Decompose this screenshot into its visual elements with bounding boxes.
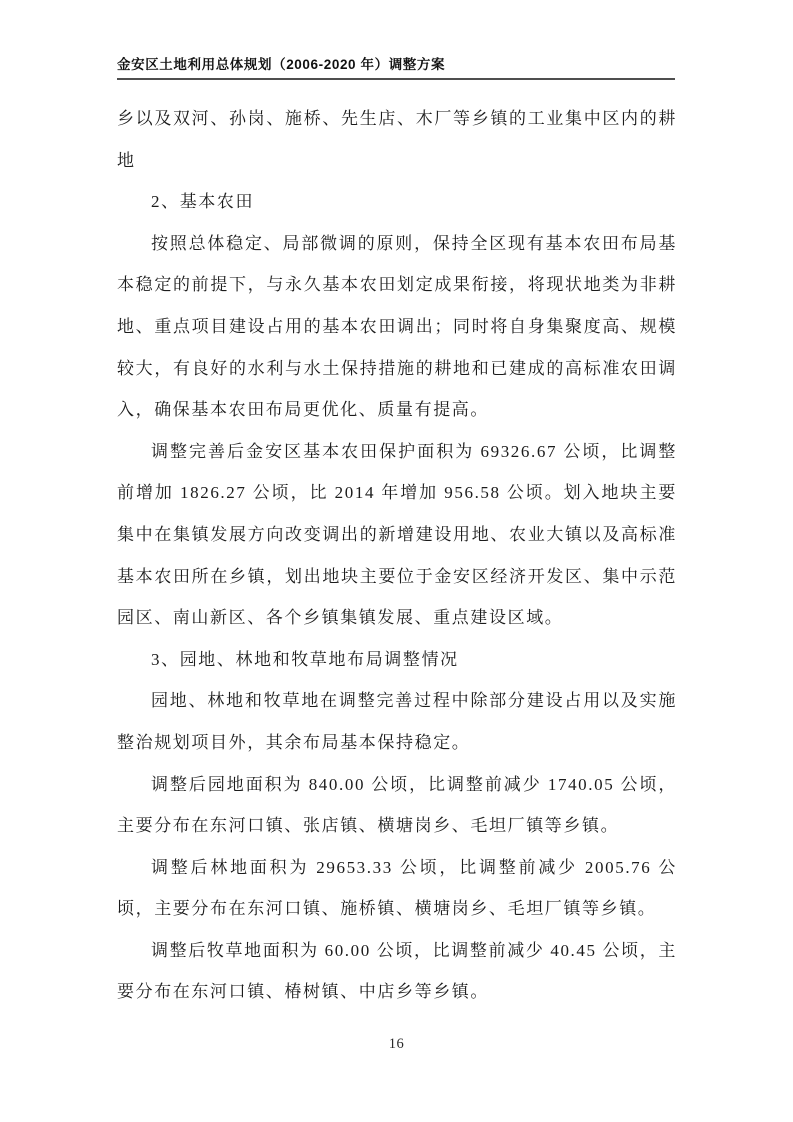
document-body: 乡以及双河、孙岗、施桥、先生店、木厂等乡镇的工业集中区内的耕地 2、基本农田 按… (117, 98, 677, 1013)
document-page: 金安区土地利用总体规划（2006-2020 年）调整方案 乡以及双河、孙岗、施桥… (0, 0, 793, 1122)
paragraph-basic-farmland-principle: 按照总体稳定、局部微调的原则，保持全区现有基本农田布局基本稳定的前提下，与永久基… (117, 223, 677, 431)
paragraph-garden-forest-grassland-overview: 园地、林地和牧草地在调整完善过程中除部分建设占用以及实施整治规划项目外，其余布局… (117, 680, 677, 763)
document-header: 金安区土地利用总体规划（2006-2020 年）调整方案 (117, 53, 675, 80)
paragraph-forest-land-area: 调整后林地面积为 29653.33 公顷，比调整前减少 2005.76 公顷，主… (117, 847, 677, 930)
page-number: 16 (389, 1036, 405, 1052)
section-heading-garden-forest-grassland: 3、园地、林地和牧草地布局调整情况 (117, 639, 677, 681)
document-footer: 16 (0, 1036, 793, 1053)
paragraph-garden-land-area: 调整后园地面积为 840.00 公顷，比调整前减少 1740.05 公顷，主要分… (117, 764, 677, 847)
section-heading-basic-farmland: 2、基本农田 (117, 181, 677, 223)
paragraph-basic-farmland-area: 调整完善后金安区基本农田保护面积为 69326.67 公顷，比调整前增加 182… (117, 431, 677, 639)
header-rule (117, 78, 675, 80)
paragraph-grassland-area: 调整后牧草地面积为 60.00 公顷，比调整前减少 40.45 公顷，主要分布在… (117, 930, 677, 1013)
header-title: 金安区土地利用总体规划（2006-2020 年）调整方案 (117, 53, 675, 78)
paragraph-continuation: 乡以及双河、孙岗、施桥、先生店、木厂等乡镇的工业集中区内的耕地 (117, 98, 677, 181)
